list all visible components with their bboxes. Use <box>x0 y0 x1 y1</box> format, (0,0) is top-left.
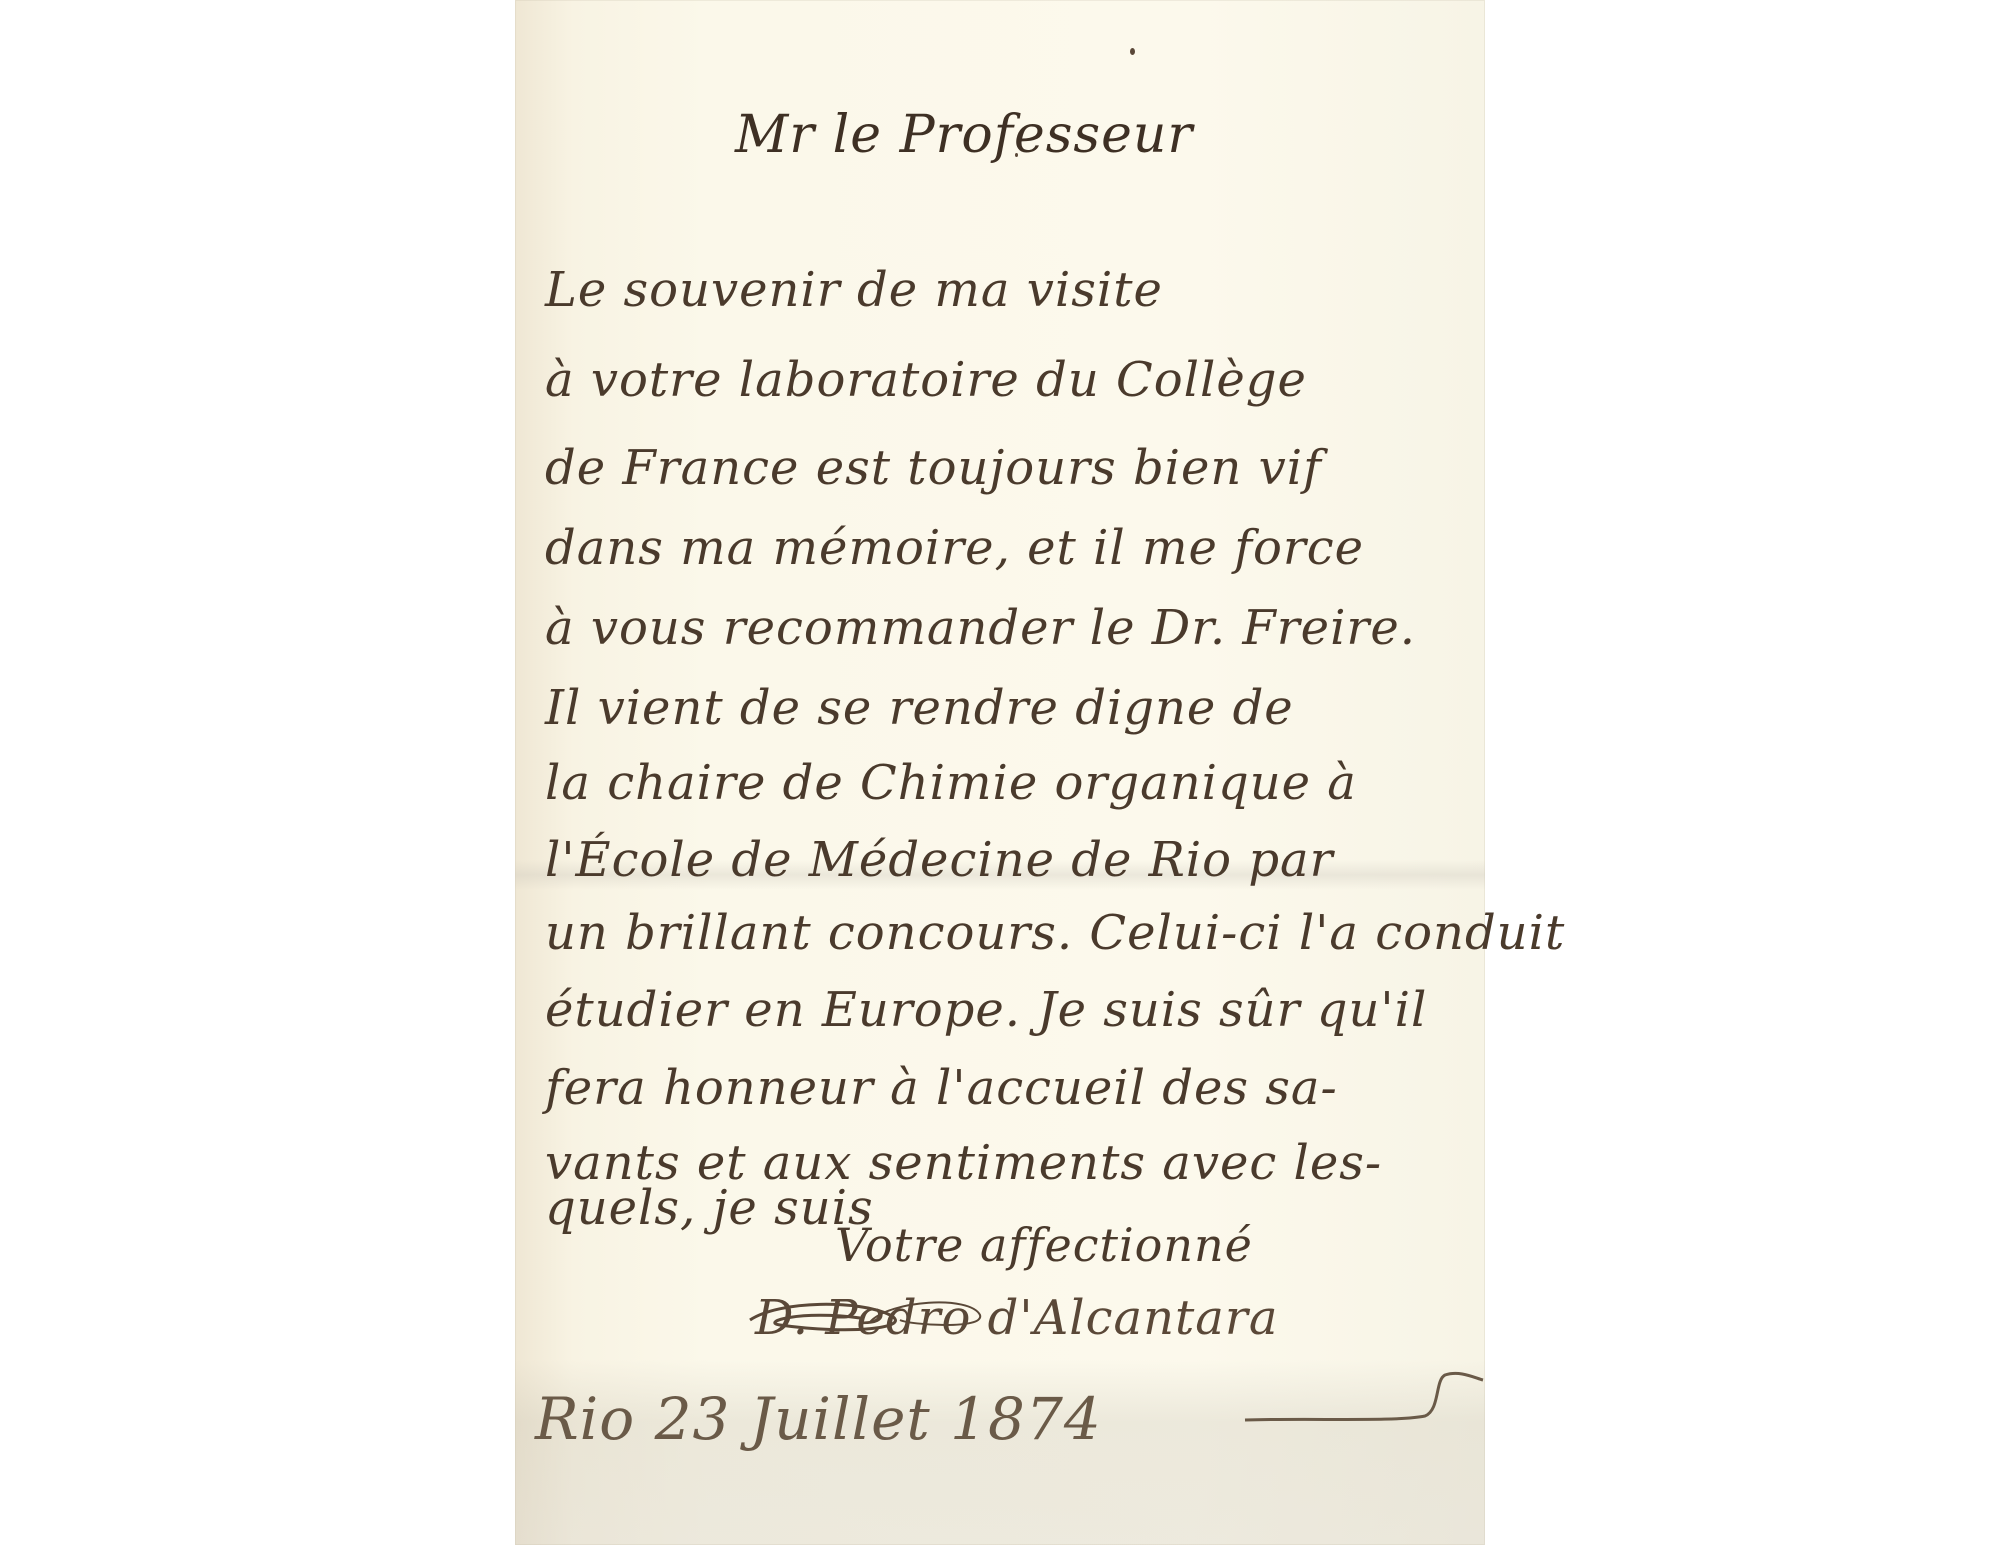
body-line: l'École de Médecine de Rio par <box>545 832 1334 888</box>
body-line: à vous recommander le Dr. Freire. <box>545 600 1416 656</box>
body-line: Le souvenir de ma visite <box>545 262 1163 318</box>
body-line: quels, je suis <box>545 1180 874 1236</box>
date-flourish <box>1235 1370 1485 1430</box>
ink-spot <box>1130 48 1135 55</box>
salutation: Mr le Professeur <box>735 105 1193 165</box>
place-date: Rio 23 Juillet 1874 <box>535 1385 1102 1453</box>
body-line: dans ma mémoire, et il me force <box>545 520 1364 576</box>
body-line: un brillant concours. Celui-ci l'a condu… <box>545 905 1565 961</box>
letter-page: Mr le Professeur Le souvenir de ma visit… <box>515 0 1485 1545</box>
body-line: à votre laboratoire du Collège <box>545 352 1307 408</box>
body-line: Il vient de se rendre digne de <box>545 680 1294 736</box>
body-line: de France est toujours bien vif <box>545 440 1322 496</box>
body-line: étudier en Europe. Je suis sûr qu'il <box>545 982 1427 1038</box>
closing: Votre affectionné <box>835 1218 1253 1272</box>
signature: D. Pedro d'Alcantara <box>755 1290 1278 1346</box>
body-line: la chaire de Chimie organique à <box>545 755 1357 811</box>
body-line: fera honneur à l'accueil des sa- <box>545 1060 1338 1116</box>
